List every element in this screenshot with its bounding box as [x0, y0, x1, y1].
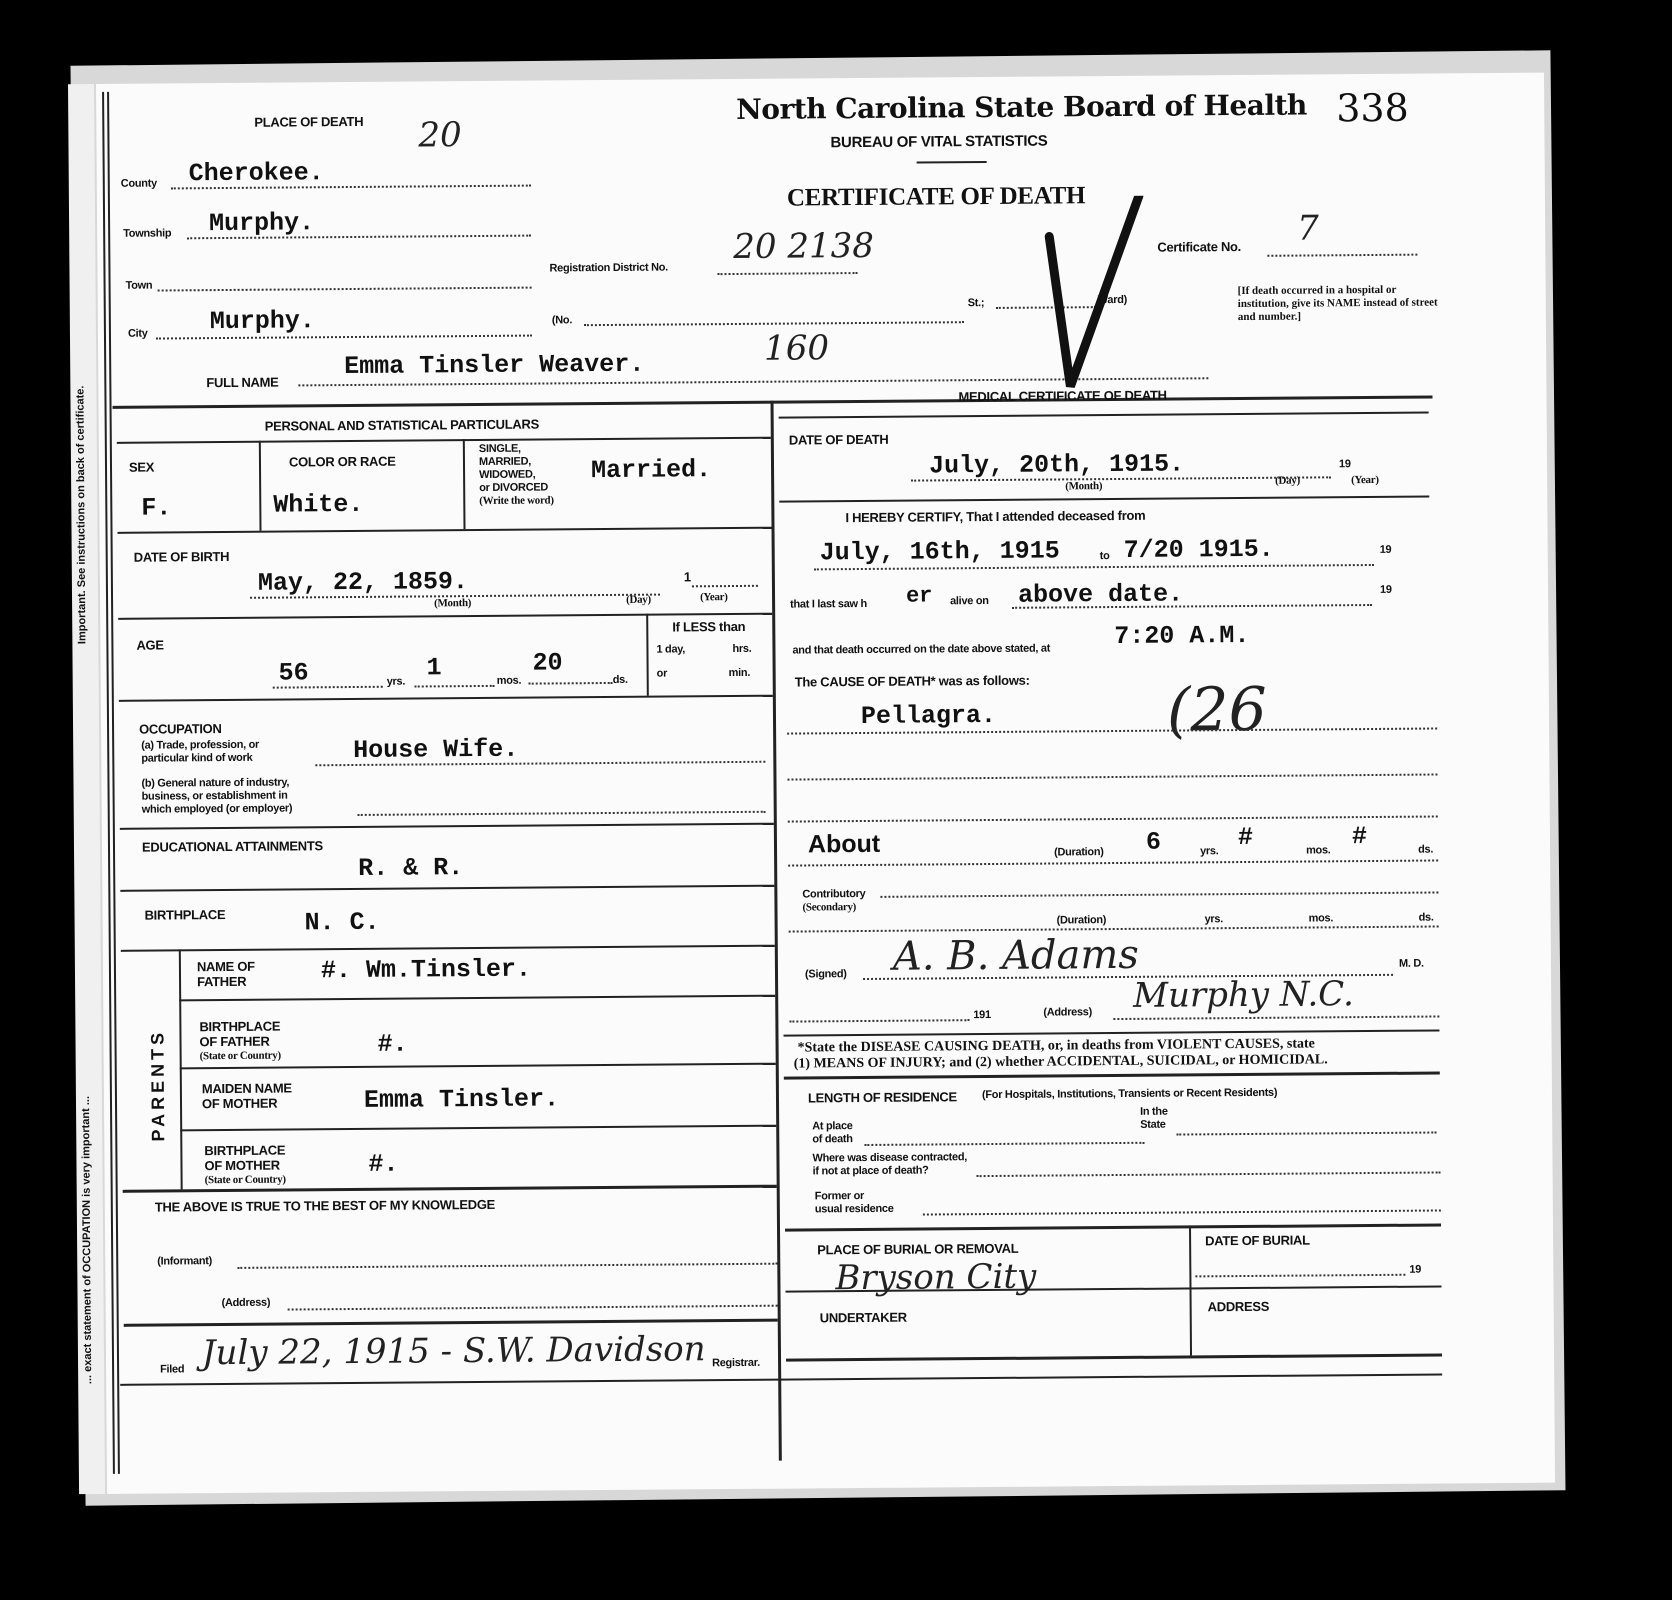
age-days-value: 20 — [532, 648, 562, 677]
contributory-ds: ds. — [1419, 912, 1434, 924]
duration-months-value: # — [1238, 823, 1253, 852]
mother-value: Emma Tinsler. — [364, 1084, 559, 1115]
undertaker-label: UNDERTAKER — [820, 1310, 907, 1326]
dob-month-label: (Month) — [434, 597, 471, 609]
at-place-2: of death — [812, 1133, 853, 1146]
registration-district-label: Registration District No. — [549, 262, 667, 275]
less-than-label: If LESS than — [672, 619, 745, 635]
dod-month-label: (Month) — [1065, 480, 1102, 492]
dob-year-line — [692, 585, 758, 588]
last-saw-suffix: er — [906, 583, 933, 608]
marital-label-3: WIDOWED, — [479, 468, 554, 482]
father-bp-label-2: OF FATHER — [199, 1034, 280, 1050]
burial-place-label: PLACE OF BURIAL OR REMOVAL — [817, 1241, 1018, 1258]
divider — [785, 1223, 1441, 1231]
township-value: Murphy. — [209, 208, 314, 238]
divider — [179, 995, 775, 1002]
in-state-1: In the — [1140, 1106, 1168, 1119]
mother-bp-label-2: OF MOTHER — [204, 1158, 285, 1174]
father-birthplace-value: #. — [377, 1030, 407, 1059]
contributory-yrs: yrs. — [1205, 913, 1223, 925]
marital-value: Married. — [591, 455, 711, 485]
sign-date-line — [789, 1019, 969, 1022]
about-value: About — [808, 830, 880, 860]
occupation-value: House Wife. — [353, 735, 518, 765]
certificate-no-value: 7 — [1297, 208, 1319, 248]
race-label: COLOR OR RACE — [289, 454, 396, 470]
duration-yrs-label: yrs. — [1200, 845, 1218, 857]
one-day-label: 1 day, — [656, 643, 685, 655]
to-label: to — [1100, 550, 1110, 562]
informant-address-label: (Address) — [222, 1297, 271, 1309]
bureau-title: BUREAU OF VITAL STATISTICS — [830, 133, 1047, 152]
registration-line — [718, 272, 858, 275]
informant-line — [237, 1263, 777, 1269]
father-label-1: NAME OF — [197, 959, 255, 974]
residence-note: (For Hospitals, Institutions, Transients… — [982, 1087, 1277, 1101]
date-of-death-label: DATE OF DEATH — [789, 432, 889, 448]
margin-note-top: Important. See instructions on back of c… — [74, 386, 88, 645]
divider — [779, 496, 1429, 503]
burial-nineteen: 19 — [1409, 1264, 1421, 1276]
dod-nineteen: 19 — [1339, 458, 1351, 470]
contracted-2: if not at place of death? — [813, 1164, 968, 1178]
divider — [121, 945, 775, 952]
town-label: Town — [126, 280, 153, 292]
divider — [646, 614, 649, 696]
name-annotation: 160 — [764, 328, 829, 369]
hrs-label: hrs. — [732, 643, 751, 655]
hospital-note: [If death occurred in a hospital or inst… — [1238, 283, 1438, 324]
divider — [783, 1029, 1439, 1036]
age-years-line — [273, 686, 383, 689]
marital-label-2: MARRIED, — [479, 455, 554, 469]
age-days-line — [529, 682, 613, 685]
town-line — [158, 287, 532, 292]
last-saw-label: that I last saw h — [790, 598, 867, 611]
attended-nineteen: 19 — [1380, 544, 1392, 556]
birthplace-value: N. C. — [304, 908, 379, 938]
age-months-line — [415, 685, 495, 688]
marital-label-1: SINGLE, — [479, 442, 554, 456]
yrs-label: yrs. — [387, 676, 405, 688]
former-residence-line — [923, 1209, 1441, 1215]
industry-line — [358, 811, 766, 816]
registrar-label: Registrar. — [712, 1357, 760, 1369]
divider — [120, 885, 774, 892]
contracted-1: Where was disease contracted, — [812, 1151, 967, 1165]
mother-label-2: OF MOTHER — [202, 1095, 292, 1111]
former-2: usual residence — [815, 1203, 894, 1217]
birthplace-label: BIRTHPLACE — [144, 907, 225, 923]
duration-line — [788, 859, 1438, 866]
dob-year-prefix: 1 — [684, 569, 691, 584]
mother-label-1: MAIDEN NAME — [202, 1080, 292, 1096]
sex-value: F. — [141, 493, 171, 522]
at-place-label: At place of death — [812, 1120, 853, 1146]
street-line — [584, 321, 964, 326]
divider — [118, 527, 772, 534]
personal-heading: PERSONAL AND STATISTICAL PARTICULARS — [265, 417, 539, 434]
cause-value: Pellagra. — [861, 701, 996, 731]
checkmark-icon — [1039, 196, 1161, 397]
duration-ds-label: ds. — [1418, 844, 1433, 856]
burial-date-label: DATE OF BURIAL — [1205, 1233, 1310, 1249]
death-time-label: and that death occurred on the date abov… — [792, 643, 1050, 657]
physician-signature: A. B. Adams — [893, 932, 1139, 980]
occ-b-line-2: business, or establishment in — [142, 789, 293, 803]
burial-date-line — [1195, 1274, 1405, 1278]
date-of-death-value: July, 20th, 1915. — [929, 449, 1184, 480]
township-label: Township — [123, 227, 171, 239]
mother-bp-label-1: BIRTHPLACE — [204, 1143, 285, 1159]
occupation-label: OCCUPATION — [139, 721, 222, 737]
divider — [779, 412, 1429, 419]
medical-heading: MEDICAL CERTIFICATE OF DEATH — [958, 388, 1166, 405]
cause-code: (26 — [1167, 675, 1267, 746]
state-or-country-hint: (State or Country) — [205, 1173, 286, 1189]
divider — [124, 1319, 778, 1327]
mother-birthplace-label: BIRTHPLACE OF MOTHER (State or Country) — [204, 1143, 286, 1189]
footnote-line-2: (1) MEANS OF INJURY; and (2) whether ACC… — [794, 1052, 1328, 1072]
column-divider — [771, 401, 782, 1461]
county-label: County — [121, 178, 157, 190]
divider — [180, 1125, 776, 1132]
race-value: White. — [273, 490, 363, 520]
place-annotation: 20 — [418, 115, 462, 155]
father-birthplace-label: BIRTHPLACE OF FATHER (State or Country) — [199, 1019, 281, 1065]
cause-line-3 — [788, 815, 1438, 822]
marital-label-4: or DIVORCED — [479, 481, 554, 495]
dob-value: May, 22, 1859. — [258, 567, 468, 598]
contributory-label-1: Contributory — [802, 888, 865, 901]
father-value: #. Wm.Tinsler. — [321, 955, 531, 986]
marital-hint: (Write the word) — [479, 494, 554, 508]
filed-label: Filed — [160, 1363, 184, 1375]
sex-label: SEX — [129, 460, 154, 475]
duration-mos-label: mos. — [1306, 844, 1331, 856]
occ-b-line-3: which employed (or employer) — [142, 802, 293, 816]
city-label: City — [128, 328, 148, 340]
contributory-mos: mos. — [1309, 912, 1334, 924]
attended-from-value: July, 16th, 1915 — [820, 536, 1060, 567]
former-residence-label: Former or usual residence — [815, 1190, 894, 1217]
dod-day-label: (Day) — [1275, 475, 1300, 487]
page-number: 338 — [1336, 86, 1409, 131]
min-label: min. — [729, 667, 751, 679]
mos-label: mos. — [497, 675, 522, 687]
divider — [786, 1353, 1442, 1361]
st-label: St.; — [968, 297, 985, 309]
at-place-line — [864, 1142, 1144, 1146]
board-title: North Carolina State Board of Health — [736, 88, 1307, 125]
physician-address-line — [1113, 1015, 1439, 1020]
father-label: NAME OF FATHER — [197, 959, 255, 989]
divider — [117, 437, 771, 444]
death-certificate: Important. See instructions on back of c… — [96, 73, 1555, 1494]
cause-label: The CAUSE OF DEATH* was as follows: — [795, 673, 1030, 690]
father-label-2: FATHER — [197, 974, 255, 989]
in-state-2: State — [1140, 1119, 1168, 1132]
divider — [180, 1063, 776, 1070]
dob-label: DATE OF BIRTH — [134, 549, 230, 565]
full-name-value: Emma Tinsler Weaver. — [344, 350, 644, 381]
or-label: or — [657, 668, 668, 680]
md-label: M. D. — [1399, 958, 1424, 970]
ds-label: ds. — [613, 674, 628, 686]
filed-value: July 22, 1915 - S.W. Davidson — [202, 1329, 706, 1373]
attended-to-value: 7/20 1915. — [1124, 535, 1274, 565]
undertaker-address-label: ADDRESS — [1208, 1299, 1270, 1314]
contributory-label: Contributory (Secondary) — [802, 888, 865, 914]
death-time-value: 7:20 A.M. — [1114, 621, 1249, 651]
full-name-label: FULL NAME — [206, 375, 278, 391]
contributory-duration-label: (Duration) — [1057, 914, 1107, 926]
state-or-country-hint: (State or Country) — [200, 1049, 281, 1065]
in-state-line — [1176, 1132, 1436, 1136]
physician-address-label: (Address) — [1043, 1006, 1092, 1018]
alive-on-label: alive on — [950, 595, 989, 607]
contracted-label: Where was disease contracted, if not at … — [812, 1151, 967, 1178]
divider — [120, 823, 774, 830]
at-place-1: At place — [812, 1120, 853, 1133]
informant-label: (Informant) — [157, 1255, 212, 1267]
contributory-line — [880, 891, 1438, 897]
divider — [917, 161, 987, 164]
cause-line-2 — [787, 773, 1437, 780]
occ-a-line-2: particular kind of work — [141, 752, 259, 766]
residence-label: LENGTH OF RESIDENCE — [808, 1089, 957, 1105]
in-state-label: In the State — [1140, 1106, 1168, 1132]
occ-b-line-1: (b) General nature of industry, — [141, 776, 292, 790]
occupation-b-label: (b) General nature of industry, business… — [141, 776, 292, 816]
education-value: R. & R. — [358, 853, 463, 883]
left-border-rule — [102, 92, 120, 1474]
education-label: EDUCATIONAL ATTAINMENTS — [142, 838, 323, 854]
dob-day-label: (Day) — [626, 594, 651, 606]
margin-note-bottom: ... exact statement of OCCUPATION is ver… — [80, 1096, 94, 1384]
informant-address-line — [288, 1305, 778, 1311]
last-saw-nineteen: 19 — [1380, 584, 1392, 596]
marital-label: SINGLE, MARRIED, WIDOWED, or DIVORCED (W… — [479, 442, 554, 508]
age-months-value: 1 — [426, 653, 441, 682]
father-bp-label-1: BIRTHPLACE — [199, 1019, 280, 1035]
age-years-value: 56 — [279, 658, 309, 687]
divider — [1189, 1225, 1192, 1355]
attestation-label: THE ABOVE IS TRUE TO THE BEST OF MY KNOW… — [155, 1197, 495, 1215]
secondary-label: (Secondary) — [802, 901, 865, 914]
contracted-line — [977, 1171, 1441, 1177]
duration-years-value: 6 — [1146, 828, 1161, 857]
divider — [784, 1071, 1440, 1079]
signed-label: (Signed) — [805, 968, 847, 980]
certify-statement: I HEREBY CERTIFY, That I attended deceas… — [845, 508, 1145, 525]
registration-district-value: 20 2138 — [733, 226, 874, 267]
divider — [119, 695, 773, 702]
street-no-label: (No. — [552, 314, 572, 326]
place-of-death-heading: PLACE OF DEATH — [254, 114, 363, 130]
mother-birthplace-value: #. — [368, 1150, 398, 1179]
parents-label: PARENTS — [147, 1029, 169, 1142]
former-1: Former or — [815, 1190, 894, 1204]
city-value: Murphy. — [210, 306, 315, 336]
occ-a-line-1: (a) Trade, profession, or — [141, 739, 259, 753]
mother-label: MAIDEN NAME OF MOTHER — [202, 1080, 292, 1111]
age-label: AGE — [136, 637, 163, 652]
duration-days-value: # — [1352, 822, 1367, 851]
certificate-no-label: Certificate No. — [1157, 239, 1241, 255]
divider — [259, 441, 262, 531]
physician-address-value: Murphy N.C. — [1133, 974, 1354, 1016]
county-value: Cherokee. — [189, 158, 324, 188]
year-191-label: 191 — [973, 1009, 991, 1021]
dod-year-label: (Year) — [1351, 474, 1379, 486]
duration-label: (Duration) — [1054, 846, 1104, 858]
divider — [463, 439, 466, 529]
margin-instructions: Important. See instructions on back of c… — [68, 84, 105, 1494]
certificate-no-line — [1267, 254, 1417, 257]
dob-year-label: (Year) — [700, 591, 728, 603]
occupation-a-label: (a) Trade, profession, or particular kin… — [141, 739, 259, 766]
